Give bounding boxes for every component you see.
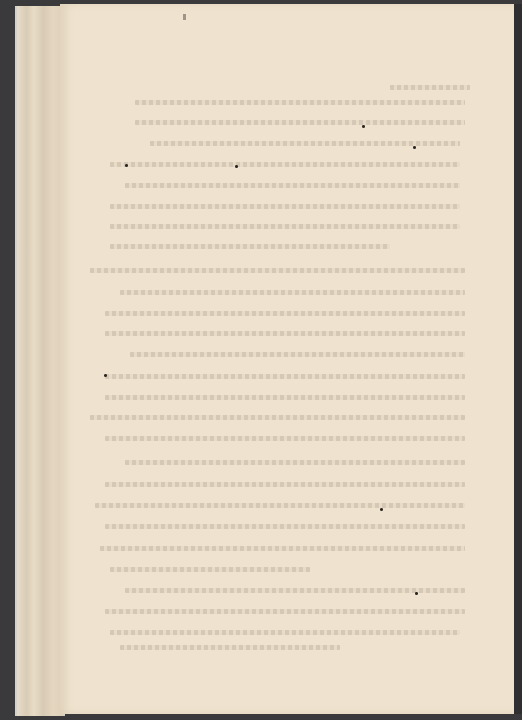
faded-text-line [125,588,465,593]
faded-text-line [95,503,465,508]
faded-text-line [110,224,460,229]
faded-text-line [110,162,460,167]
faded-text-line [135,120,465,125]
faded-text-line [90,268,465,273]
faded-text-line [105,482,465,487]
ink-speck [415,592,418,595]
scan-border-right [514,4,522,714]
faded-text-line [105,311,465,316]
ink-speck [125,164,128,167]
faded-text-line [90,415,465,420]
faded-text-line [105,374,465,379]
ink-speck [104,374,107,377]
faded-text-line [390,85,470,90]
faded-text-line [130,352,465,357]
ink-speck [235,165,238,168]
faded-text-line [135,100,465,105]
faded-text-line [110,204,460,209]
faded-text-line [100,546,465,551]
scanned-page-scan [0,0,522,720]
faded-text-line [105,436,465,441]
faded-text-line [125,460,465,465]
page-mark [183,14,186,20]
ink-speck [380,508,383,511]
faded-text-line [105,331,465,336]
faded-text-line [105,524,465,529]
document-page [60,4,516,714]
faded-text-line [105,609,465,614]
page-stack-edges [15,6,65,716]
ink-speck [362,125,365,128]
faded-text-line [110,244,390,249]
faded-text-line [120,290,465,295]
faded-text-line [125,183,460,188]
faded-text-line [110,567,310,572]
faded-text-line [110,630,460,635]
ink-speck [413,146,416,149]
faded-text-line [105,395,465,400]
faded-text-line [120,645,340,650]
